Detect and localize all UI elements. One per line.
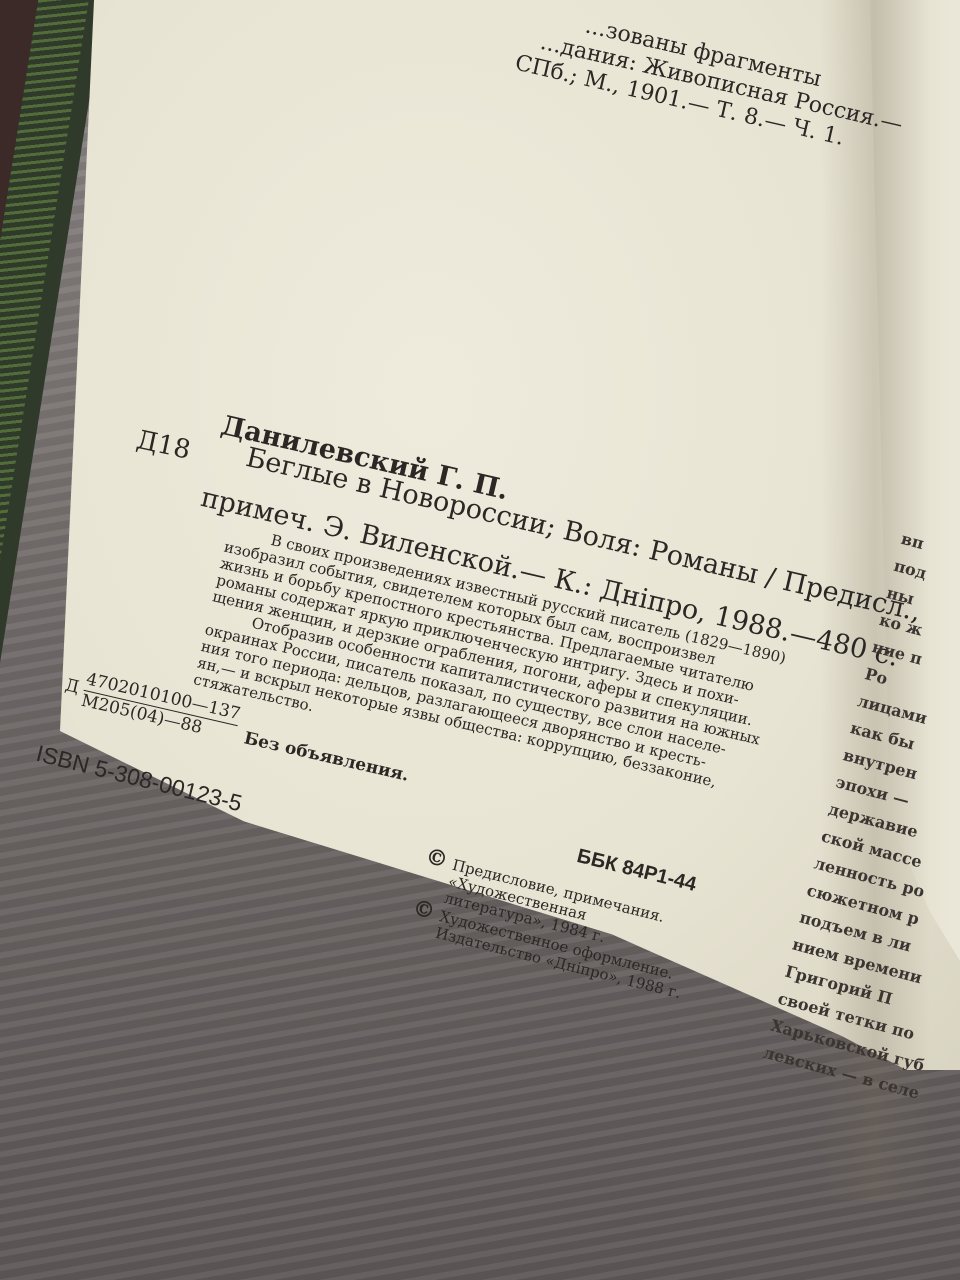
code-prefix: Д bbox=[63, 675, 81, 698]
